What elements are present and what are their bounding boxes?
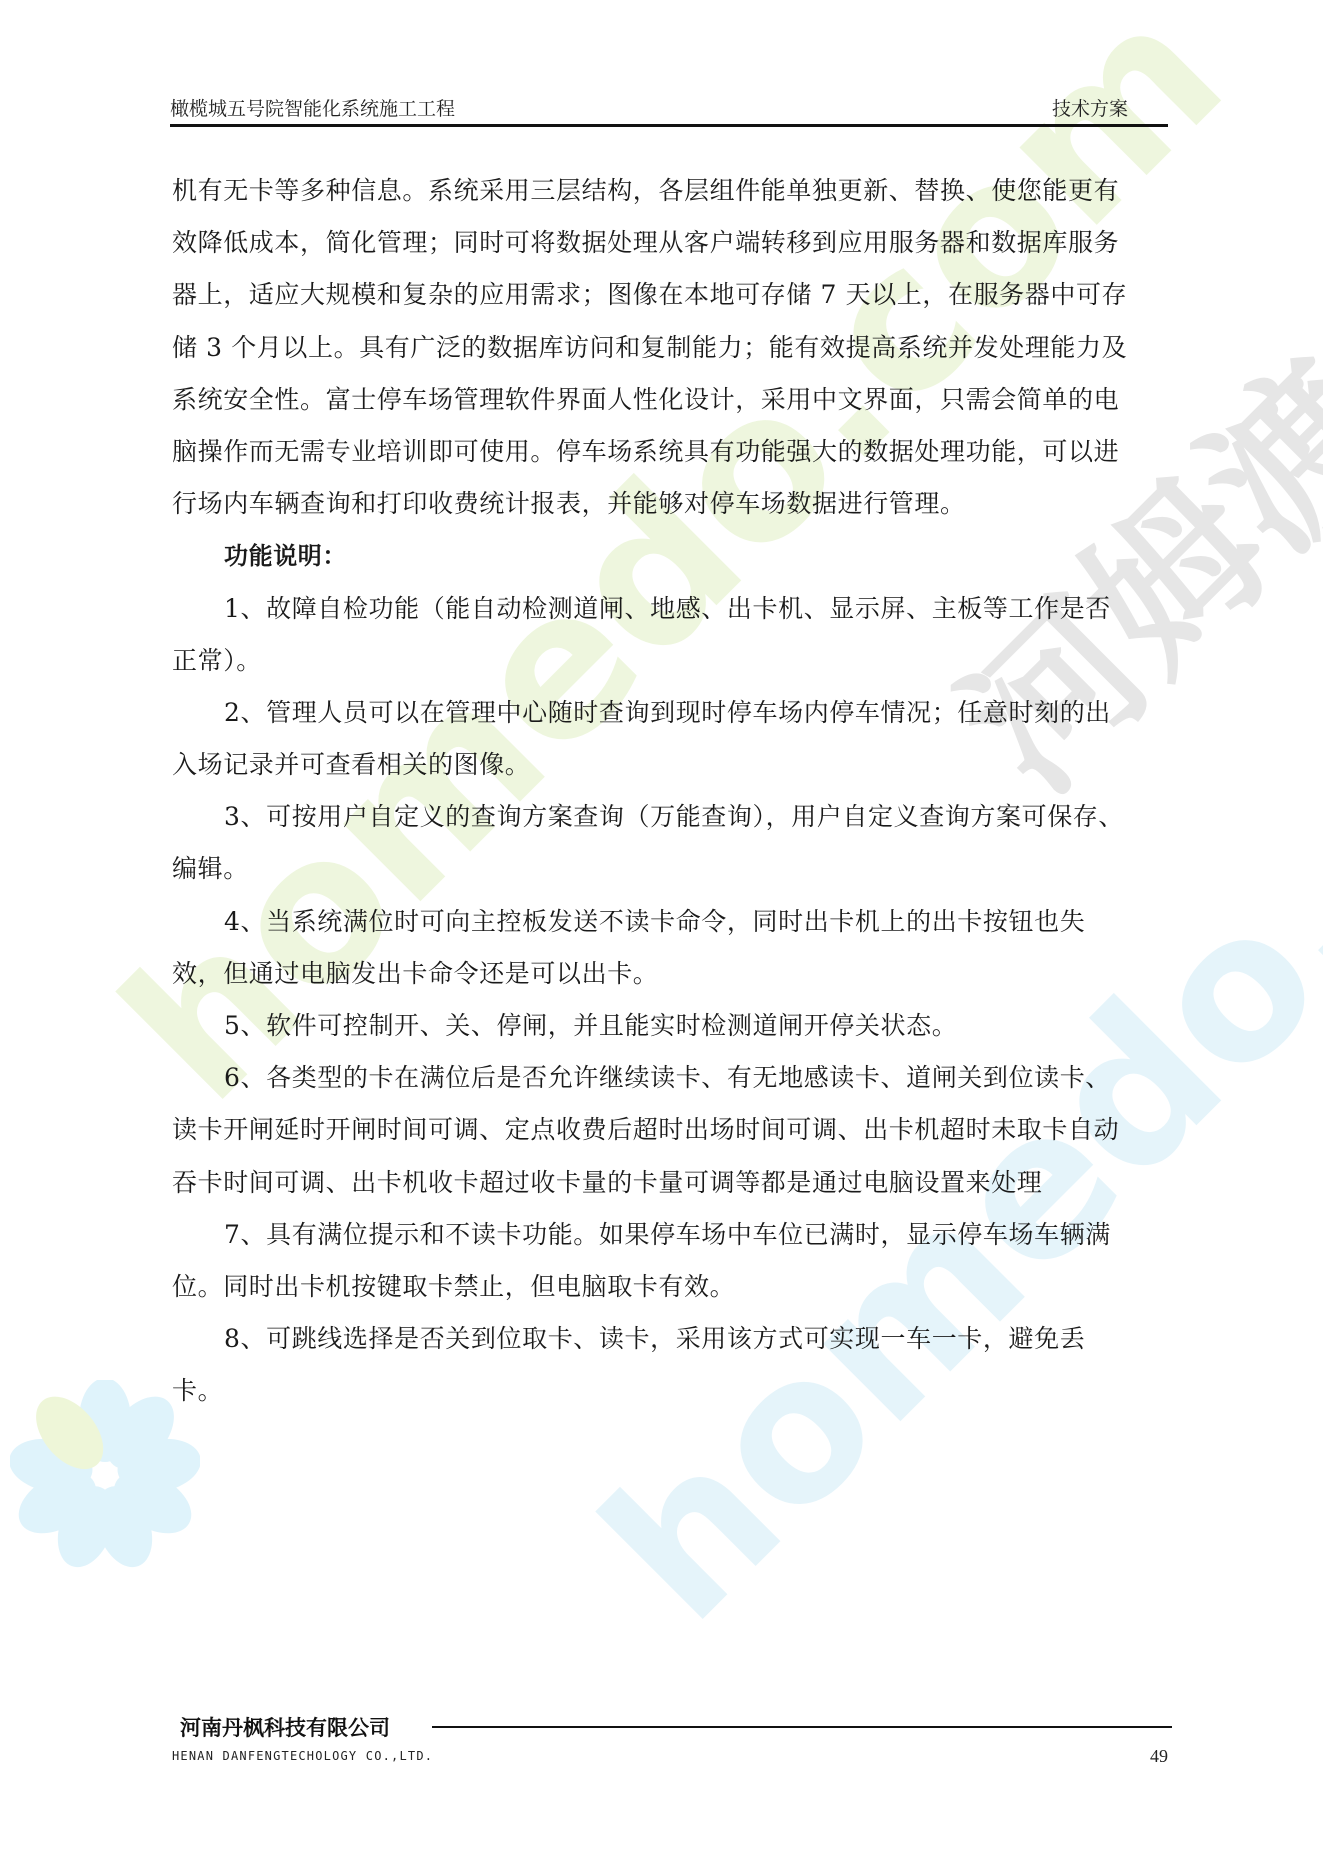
- feature-item-4: 4、当系统满位时可向主控板发送不读卡命令，同时出卡机上的出卡按钮也失 效，但通过…: [172, 896, 1162, 1000]
- page-number: 49: [1150, 1746, 1168, 1767]
- feature-item-7: 7、具有满位提示和不读卡功能。如果停车场中车位已满时，显示停车场车辆满 位。同时…: [172, 1209, 1162, 1313]
- text-line: 2、管理人员可以在管理中心随时查询到现时停车场内停车情况；任意时刻的出: [172, 687, 1162, 739]
- page-header: 橄榄城五号院智能化系统施工工程 技术方案: [170, 94, 1168, 127]
- text-line: 效，但通过电脑发出卡命令还是可以出卡。: [172, 948, 1162, 1000]
- text-line: 4、当系统满位时可向主控板发送不读卡命令，同时出卡机上的出卡按钮也失: [172, 896, 1162, 948]
- text-line: 器上，适应大规模和复杂的应用需求；图像在本地可存储 7 天以上，在服务器中可存: [172, 269, 1162, 321]
- text-line: 脑操作而无需专业培训即可使用。停车场系统具有功能强大的数据处理功能，可以进: [172, 426, 1162, 478]
- feature-item-1: 1、故障自检功能（能自动检测道闸、地感、出卡机、显示屏、主板等工作是否 正常）。: [172, 583, 1162, 687]
- text-line: 吞卡时间可调、出卡机收卡超过收卡量的卡量可调等都是通过电脑设置来处理: [172, 1157, 1162, 1209]
- text-line: 6、各类型的卡在满位后是否允许继续读卡、有无地感读卡、道闸关到位读卡、: [172, 1052, 1162, 1104]
- watermark-homedo-lower: homedo.com: [560, 1500, 1323, 1733]
- feature-item-2: 2、管理人员可以在管理中心随时查询到现时停车场内停车情况；任意时刻的出 入场记录…: [172, 687, 1162, 791]
- text-line: 编辑。: [172, 843, 1162, 895]
- company-name-cn: 河南丹枫科技有限公司: [180, 1712, 390, 1742]
- text-line: 效降低成本，简化管理；同时可将数据处理从客户端转移到应用服务器和数据库服务: [172, 217, 1162, 269]
- feature-item-8: 8、可跳线选择是否关到位取卡、读卡，采用该方式可实现一车一卡，避免丢 卡。: [172, 1313, 1162, 1417]
- section-heading: 功能说明：: [172, 530, 1162, 582]
- text-line: 7、具有满位提示和不读卡功能。如果停车场中车位已满时，显示停车场车辆满: [172, 1209, 1162, 1261]
- document-section: 技术方案: [1052, 94, 1128, 121]
- text-line: 机有无卡等多种信息。系统采用三层结构，各层组件能单独更新、替换、使您能更有: [172, 165, 1162, 217]
- company-name-en: HENAN DANFENGTECHOLOGY CO.,LTD.: [172, 1749, 433, 1763]
- text-line: 卡。: [172, 1365, 1162, 1417]
- feature-item-5: 5、软件可控制开、关、停闸，并且能实时检测道闸开停关状态。: [172, 1000, 1162, 1052]
- text-line: 读卡开闸延时开闸时间可调、定点收费后超时出场时间可调、出卡机超时未取卡自动: [172, 1104, 1162, 1156]
- feature-item-3: 3、可按用户自定义的查询方案查询（万能查询），用户自定义查询方案可保存、 编辑。: [172, 791, 1162, 895]
- text-line: 系统安全性。富士停车场管理软件界面人性化设计，采用中文界面，只需会简单的电: [172, 374, 1162, 426]
- text-line: 3、可按用户自定义的查询方案查询（万能查询），用户自定义查询方案可保存、: [172, 791, 1162, 843]
- text-line: 位。同时出卡机按键取卡禁止，但电脑取卡有效。: [172, 1261, 1162, 1313]
- text-line: 入场记录并可查看相关的图像。: [172, 739, 1162, 791]
- text-line: 1、故障自检功能（能自动检测道闸、地感、出卡机、显示屏、主板等工作是否: [172, 583, 1162, 635]
- text-line: 正常）。: [172, 635, 1162, 687]
- document-body: 机有无卡等多种信息。系统采用三层结构，各层组件能单独更新、替换、使您能更有 效降…: [172, 165, 1162, 1418]
- document-title: 橄榄城五号院智能化系统施工工程: [170, 94, 455, 121]
- text-line: 行场内车辆查询和打印收费统计报表，并能够对停车场数据进行管理。: [172, 478, 1162, 530]
- intro-paragraph: 机有无卡等多种信息。系统采用三层结构，各层组件能单独更新、替换、使您能更有 效降…: [172, 165, 1162, 530]
- text-line: 储 3 个月以上。具有广泛的数据库访问和复制能力；能有效提高系统并发处理能力及: [172, 322, 1162, 374]
- feature-item-6: 6、各类型的卡在满位后是否允许继续读卡、有无地感读卡、道闸关到位读卡、 读卡开闸…: [172, 1052, 1162, 1209]
- footer-divider: [432, 1726, 1172, 1728]
- text-line: 5、软件可控制开、关、停闸，并且能实时检测道闸开停关状态。: [172, 1000, 1162, 1052]
- text-line: 8、可跳线选择是否关到位取卡、读卡，采用该方式可实现一车一卡，避免丢: [172, 1313, 1162, 1365]
